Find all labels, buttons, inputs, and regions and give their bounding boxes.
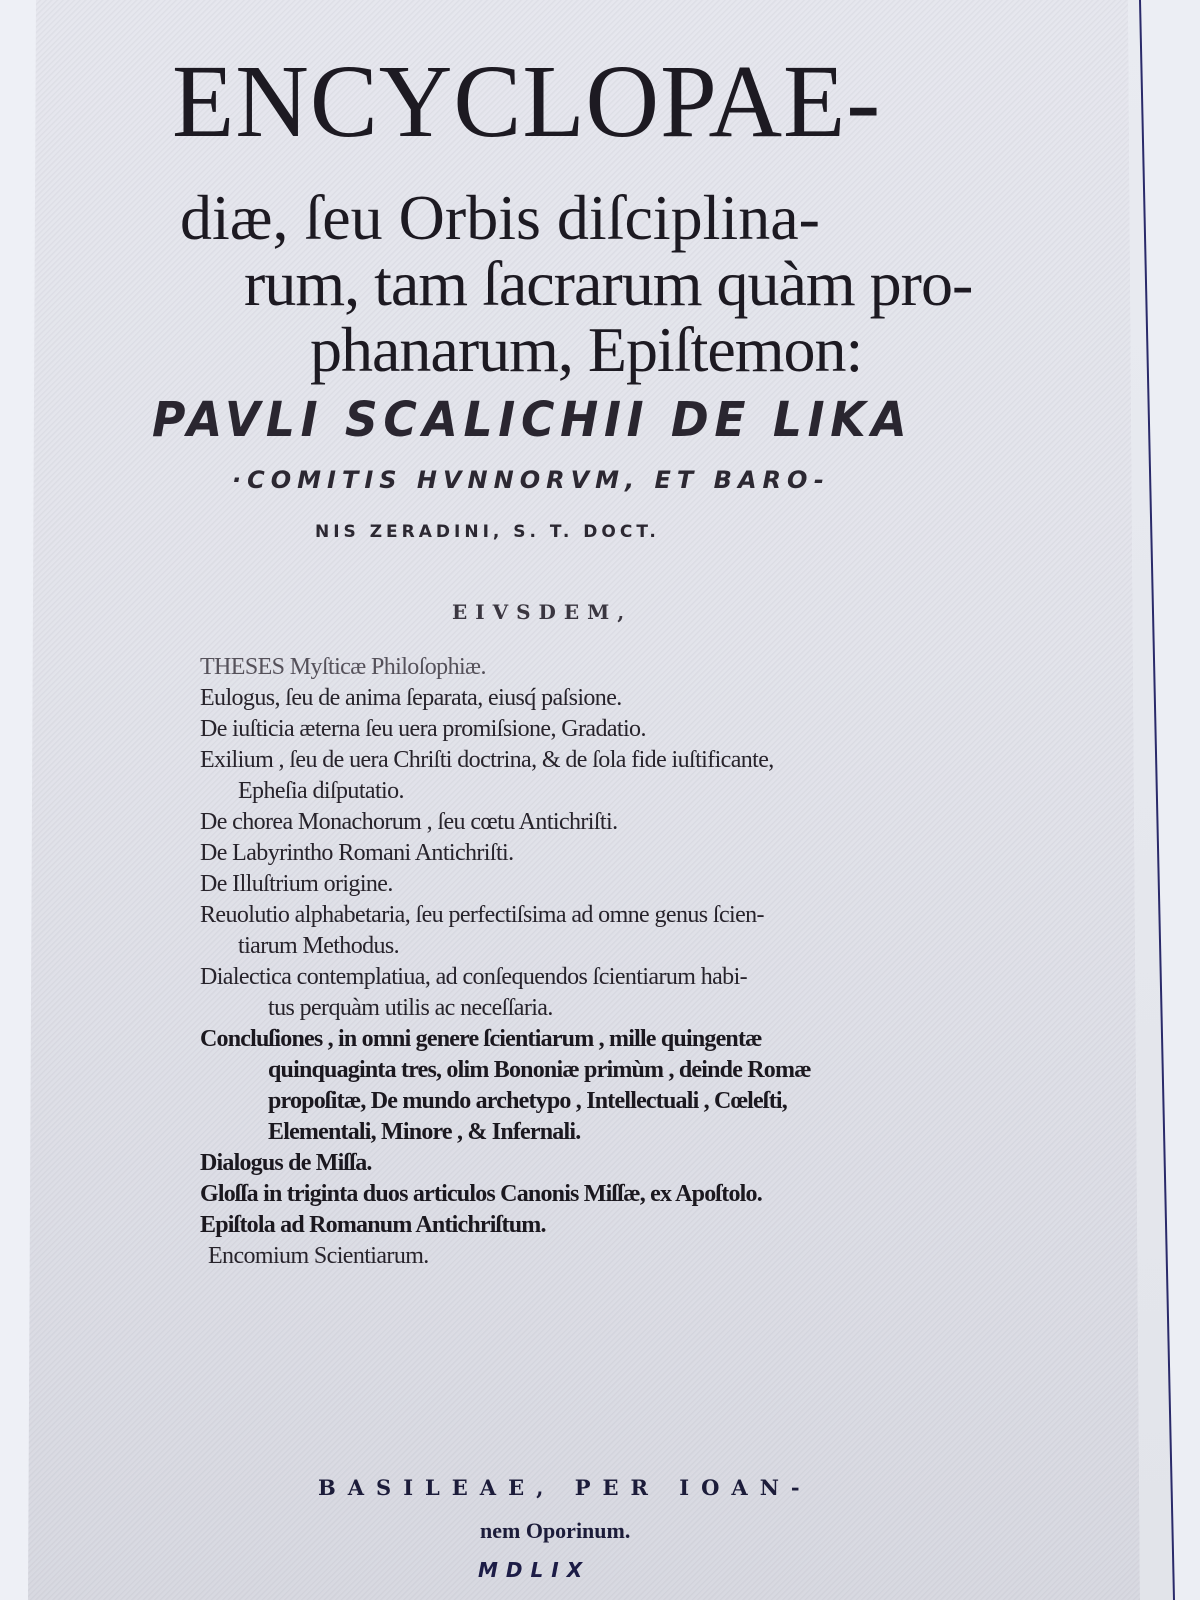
- imprint-year: MDLIX: [478, 1558, 590, 1582]
- photo-scene: ENCYCLOPAE- diæ, ſeu Orbis diſciplina- r…: [0, 0, 1200, 1600]
- work-item-continuation: Elementali, Minore , & Infernali.: [200, 1117, 1020, 1148]
- work-item-continuation: tus perquàm utilis ac neceſſaria.: [200, 993, 1020, 1024]
- work-item: De iuſticia æterna ſeu uera promiſsione,…: [200, 714, 1020, 745]
- work-item: Reuolutio alphabetaria, ſeu perfectiſsim…: [200, 900, 1020, 931]
- work-item-continuation: quinquaginta tres, olim Bononiæ primùm ,…: [200, 1055, 1020, 1086]
- work-item: De Illuſtrium origine.: [200, 869, 1020, 900]
- imprint-place-printer: BASILEAE, PER IOAN-: [318, 1475, 812, 1500]
- works-list: THESES Myſticæ Philoſophiæ. Eulogus, ſeu…: [200, 652, 1020, 1272]
- author-title-line-1: ·COMITIS HVNNORVM, ET BARO-: [232, 466, 830, 494]
- imprint-printer-name: nem Oporinum.: [480, 1518, 630, 1544]
- title-line-3: phanarum, Epiſtemon:: [310, 318, 862, 382]
- title-line-2: rum, tam ſacrarum quàm pro-: [244, 252, 972, 316]
- work-item: Dialogus de Miſſa.: [200, 1148, 1020, 1179]
- section-heading: EIVSDEM,: [452, 600, 632, 624]
- work-item: Eulogus, ſeu de anima ſeparata, eiusq́ p…: [200, 683, 1020, 714]
- work-item-continuation: tiarum Methodus.: [200, 931, 1020, 962]
- title-line-1: diæ, ſeu Orbis diſciplina-: [180, 186, 820, 250]
- work-item: Dialectica contemplatiua, ad conſequendo…: [200, 962, 1020, 993]
- work-item: THESES Myſticæ Philoſophiæ.: [200, 652, 1020, 683]
- work-item-continuation: Epheſia diſputatio.: [200, 776, 1020, 807]
- title-main: ENCYCLOPAE-: [172, 50, 881, 154]
- work-item: Encomium Scientiarum.: [200, 1241, 1020, 1272]
- author-title-line-2: NIS ZERADINI, S. T. DOCT.: [315, 522, 660, 542]
- work-item-continuation: propoſitæ, De mundo archetypo , Intellec…: [200, 1086, 1020, 1117]
- work-item: Gloſſa in triginta duos articulos Canoni…: [200, 1179, 1020, 1210]
- author-name: PAVLI SCALICHII DE LIKA: [152, 392, 912, 448]
- work-item: De chorea Monachorum , ſeu cœtu Antichri…: [200, 807, 1020, 838]
- work-item: Exilium , ſeu de uera Chriſti doctrina, …: [200, 745, 1020, 776]
- work-item: Epiſtola ad Romanum Antichriſtum.: [200, 1210, 1020, 1241]
- work-item: Concluſiones , in omni genere ſcientiaru…: [200, 1024, 1020, 1055]
- work-item: De Labyrintho Romani Antichriſti.: [200, 838, 1020, 869]
